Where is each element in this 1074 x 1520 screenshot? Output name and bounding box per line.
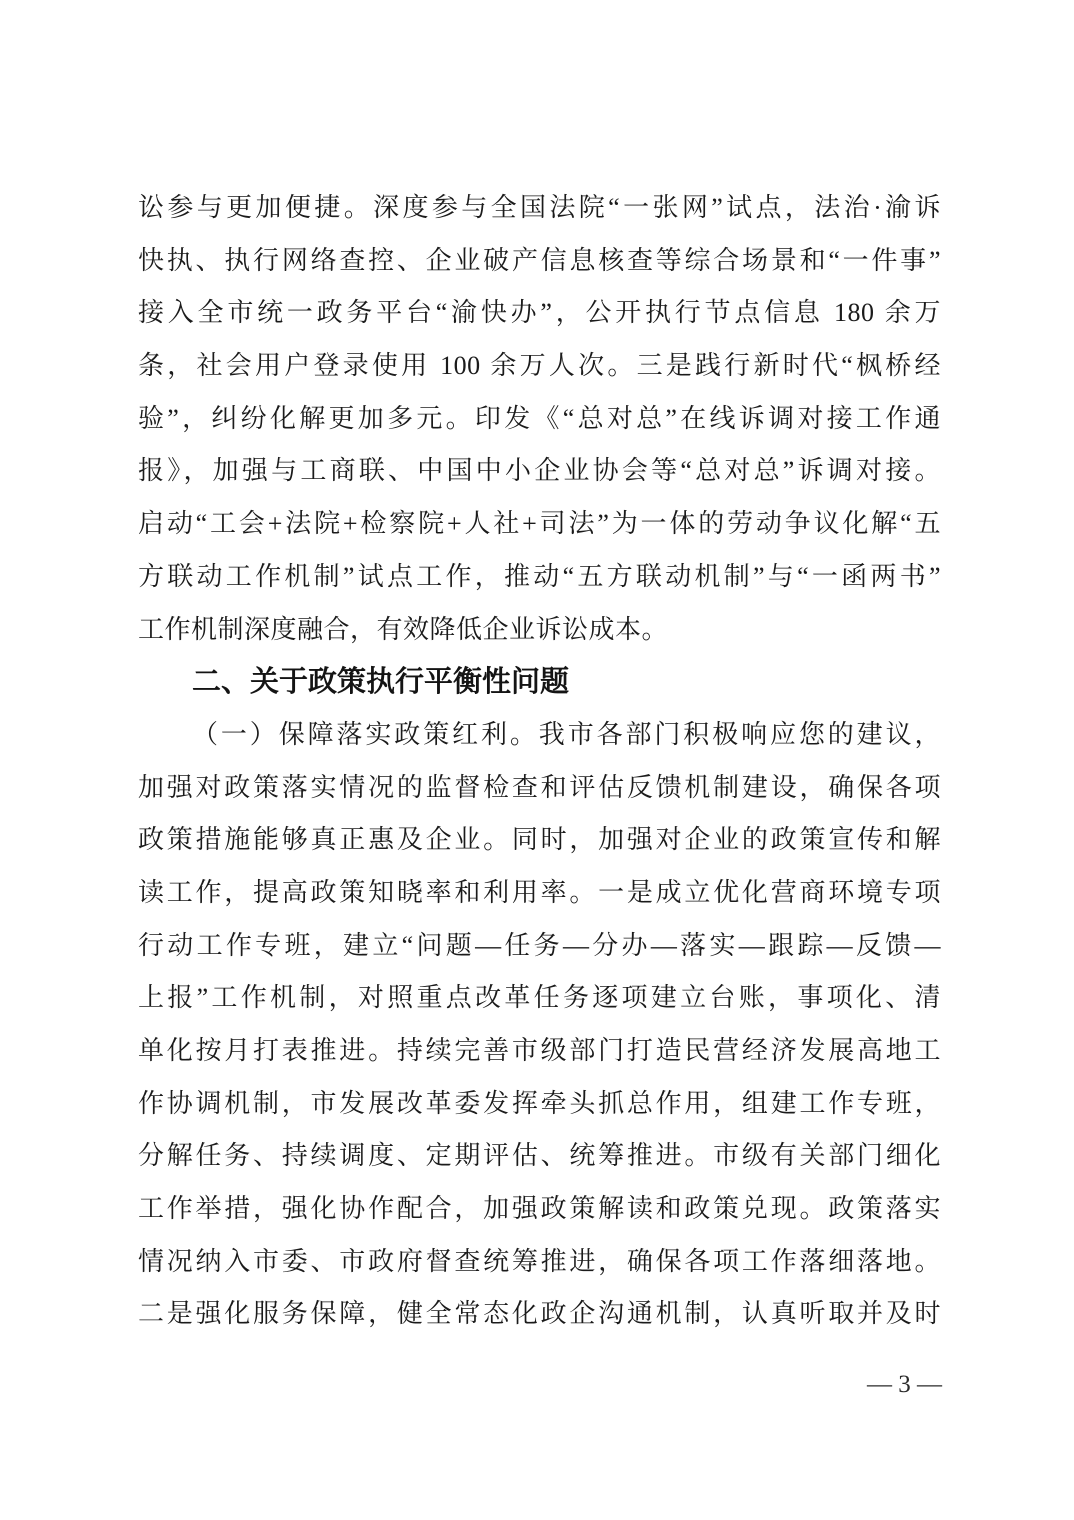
paragraph-continued: 讼参与更加便捷。深度参与全国法院“一张网”试点，法治·渝诉 快执、执行网络查控、… — [138, 182, 941, 656]
paragraph-policy-balance: （一）保障落实政策红利。我市各部门积极响应您的建议， 加强对政策落实情况的监督检… — [138, 709, 941, 1341]
body-line: 政策措施能够真正惠及企业。同时，加强对企业的政策宣传和解 — [138, 814, 941, 867]
body-line: 读工作，提高政策知晓率和利用率。一是成立优化营商环境专项 — [138, 867, 941, 920]
body-line: 单化按月打表推进。持续完善市级部门打造民营经济发展高地工 — [138, 1025, 941, 1078]
document-page: 讼参与更加便捷。深度参与全国法院“一张网”试点，法治·渝诉 快执、执行网络查控、… — [0, 0, 1074, 1520]
body-line: 工作举措，强化协作配合，加强政策解读和政策兑现。政策落实 — [138, 1183, 941, 1236]
body-line: 讼参与更加便捷。深度参与全国法院“一张网”试点，法治·渝诉 — [138, 182, 941, 235]
body-line: 工作机制深度融合，有效降低企业诉讼成本。 — [138, 604, 941, 657]
body-line: （一）保障落实政策红利。我市各部门积极响应您的建议， — [138, 709, 941, 762]
body-line: 条，社会用户登录使用 100 余万人次。三是践行新时代“枫桥经 — [138, 340, 941, 393]
body-line: 验”，纠纷化解更加多元。印发《“总对总”在线诉调对接工作通 — [138, 393, 941, 446]
body-line: 快执、执行网络查控、企业破产信息核查等综合场景和“一件事” — [138, 235, 941, 288]
body-line: 情况纳入市委、市政府督查统筹推进，确保各项工作落细落地。 — [138, 1236, 941, 1289]
body-line: 行动工作专班，建立“问题—任务—分办—落实—跟踪—反馈— — [138, 920, 941, 973]
section-heading: 二、关于政策执行平衡性问题 — [138, 656, 941, 709]
body-line: 作协调机制，市发展改革委发挥牵头抓总作用，组建工作专班， — [138, 1078, 941, 1131]
body-line: 加强对政策落实情况的监督检查和评估反馈机制建设，确保各项 — [138, 762, 941, 815]
body-line: 分解任务、持续调度、定期评估、统筹推进。市级有关部门细化 — [138, 1130, 941, 1183]
body-line: 方联动工作机制”试点工作，推动“五方联动机制”与“一函两书” — [138, 551, 941, 604]
document-body: 讼参与更加便捷。深度参与全国法院“一张网”试点，法治·渝诉 快执、执行网络查控、… — [138, 182, 941, 1341]
body-line: 接入全市统一政务平台“渝快办”，公开执行节点信息 180 余万 — [138, 287, 941, 340]
body-line: 报》，加强与工商联、中国中小企业协会等“总对总”诉调对接。 — [138, 445, 941, 498]
body-line: 二是强化服务保障，健全常态化政企沟通机制，认真听取并及时 — [138, 1288, 941, 1341]
page-number: — 3 — — [867, 1365, 942, 1405]
body-line: 启动“工会+法院+检察院+人社+司法”为一体的劳动争议化解“五 — [138, 498, 941, 551]
body-line: 上报”工作机制，对照重点改革任务逐项建立台账，事项化、清 — [138, 972, 941, 1025]
